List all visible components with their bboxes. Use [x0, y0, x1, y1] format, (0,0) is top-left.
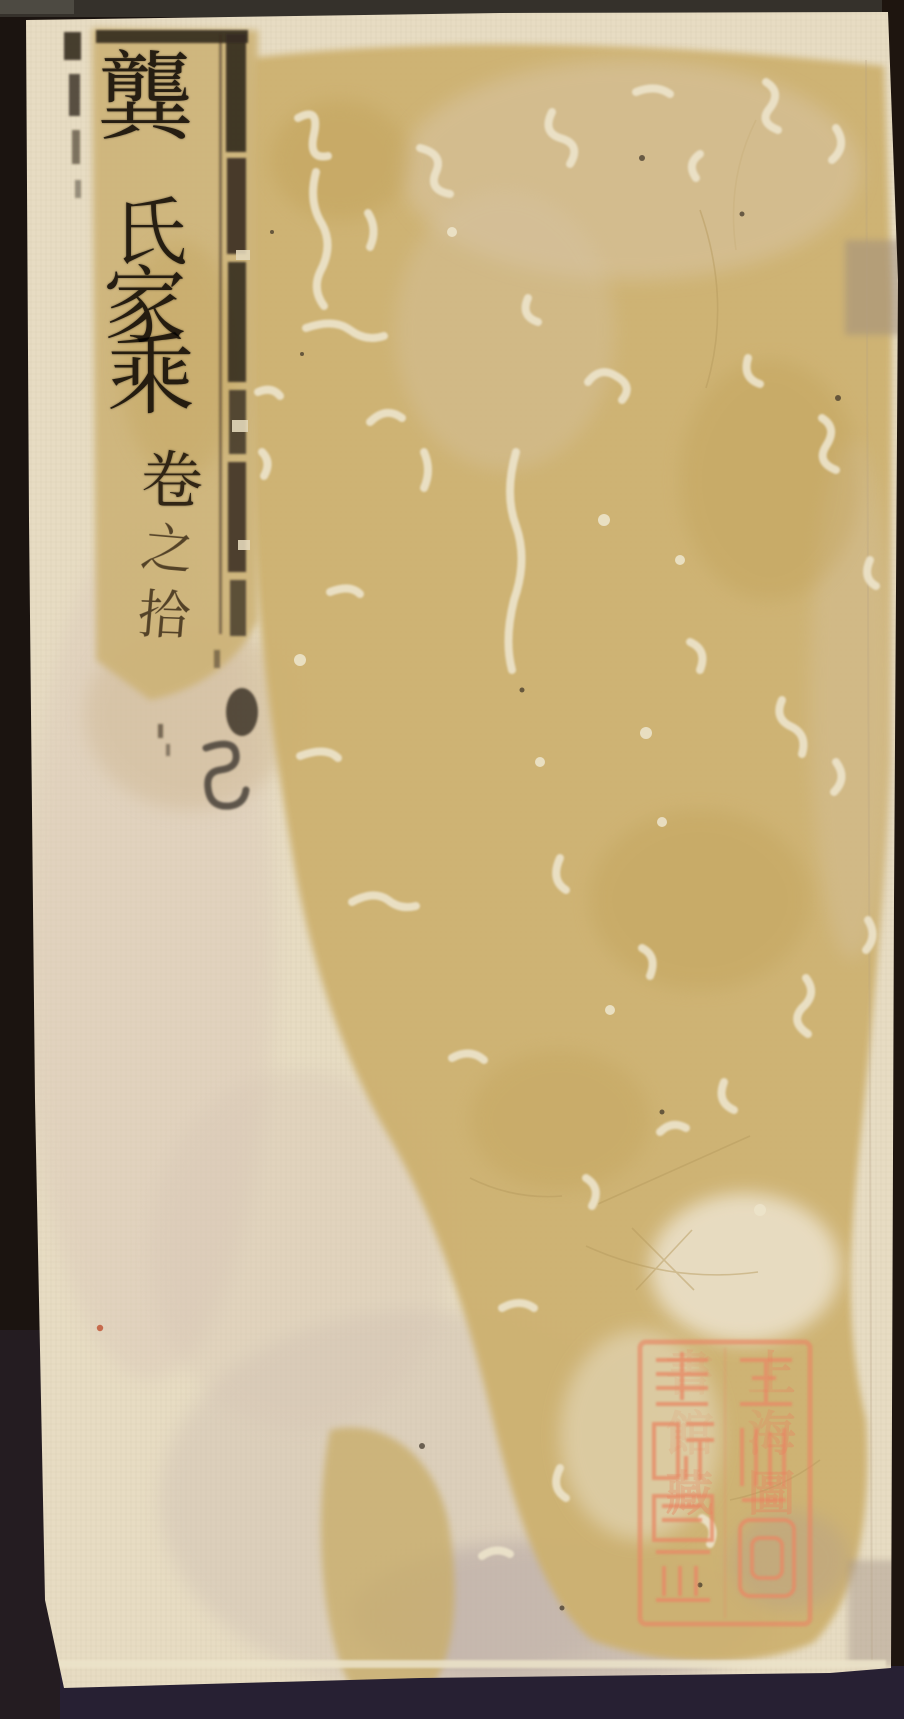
volume-label: 卷 — [141, 450, 203, 512]
handwritten-volume-char-1: 之 — [138, 522, 198, 578]
bottom-edge-highlight — [58, 1660, 886, 1668]
scanned-genealogy-cover: 龔 氏 家 乘 卷 之 拾 上海圖 書館藏 — [0, 0, 904, 1719]
title-char-cheng: 乘 — [107, 332, 195, 420]
title-char-gong: 龔 — [97, 50, 193, 146]
seal-column-left: 書館藏 — [644, 1348, 726, 1620]
backing-top-left-highlight — [0, 0, 74, 14]
red-speck — [97, 1325, 103, 1331]
book-cover-page: 龔 氏 家 乘 卷 之 拾 上海圖 書館藏 — [0, 0, 904, 1719]
handwritten-volume-char-2: 拾 — [136, 589, 192, 643]
seal-column-right: 上海圖 — [726, 1348, 808, 1620]
seal-text: 上海圖 書館藏 — [644, 1348, 808, 1620]
